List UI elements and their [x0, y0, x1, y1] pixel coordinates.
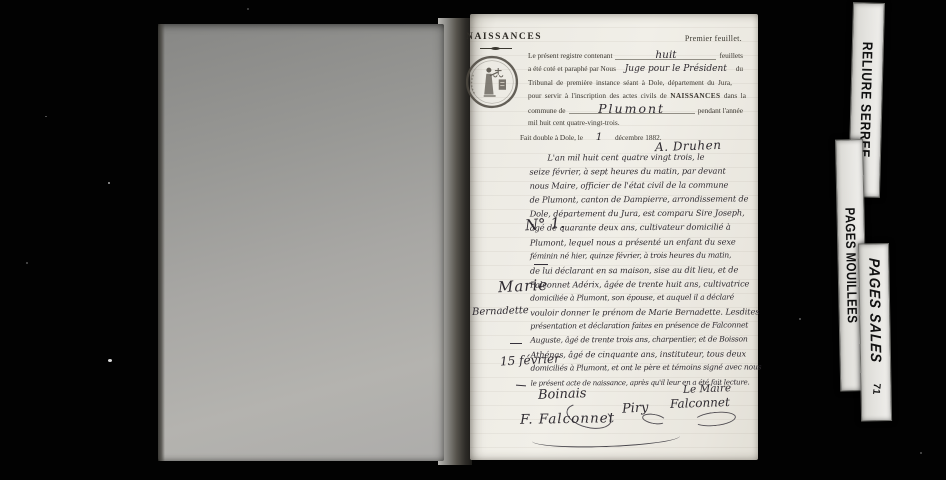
signature-mayor-title: Le Maire — [683, 382, 732, 396]
dust-speck — [108, 359, 112, 362]
form-line: mil huit cent quatre-vingt-trois. — [528, 118, 743, 131]
act-line: seize février, à sept heures du matin, p… — [529, 164, 755, 179]
condition-label: PAGES SALES — [865, 258, 884, 364]
dust-speck — [108, 182, 110, 184]
folio-label: Premier feuillet. — [685, 34, 742, 43]
birth-act-text: L'an mil huit cent quatre vingt trois, l… — [529, 149, 756, 390]
printed-text: mil huit cent quatre-vingt-trois. — [528, 118, 620, 127]
printed-text: Fait double à Dole, le — [520, 133, 583, 142]
official-stamp-icon — [464, 54, 520, 110]
left-page-blank — [158, 24, 444, 461]
dust-speck — [247, 8, 249, 10]
register-section-title: NAISSANCES — [466, 32, 542, 42]
printed-text: pour servir à l'inscription des actes ci… — [528, 91, 667, 100]
act-line: Auguste, âgé de trente trois ans, charpe… — [530, 333, 756, 348]
form-line: commune de Plumont pendant l'année — [528, 105, 743, 118]
form-line: Tribunal de première instance séant à Do… — [528, 78, 743, 91]
act-line: féminin né hier, quinze février, à trois… — [530, 248, 756, 263]
signature-mayor-name: Falconnet — [670, 395, 730, 411]
dust-speck — [799, 318, 801, 320]
decorative-rule — [480, 48, 512, 49]
condition-strip-pages-sales: PAGES SALES 71 — [858, 243, 892, 422]
printed-text: pendant l'année — [698, 106, 743, 115]
act-line: Plumont, lequel nous a présenté un enfan… — [530, 234, 756, 249]
dust-speck — [26, 262, 28, 264]
act-line: Dole, département du Jura, est comparu S… — [530, 206, 756, 221]
act-line: domiciliée à Plumont, son épouse, et auq… — [530, 290, 756, 305]
right-page-register: NAISSANCES Premier feuillet. Le présent … — [470, 14, 758, 460]
printed-text: dans la — [724, 91, 746, 100]
act-line: présentation et déclaration faites en pr… — [530, 319, 756, 334]
act-line: de lui déclarant en sa maison, sise au d… — [530, 262, 756, 277]
printed-text: Le présent registre contenant — [528, 51, 612, 60]
printed-text: feuillets — [719, 51, 743, 60]
act-line: domiciliés à Plumont, et ont le père et … — [530, 361, 756, 376]
act-line: Falconnet Adérix, âgée de trente huit an… — [530, 276, 756, 291]
printed-text: du — [736, 64, 743, 73]
printed-text: commune de — [528, 106, 566, 115]
act-line: de Plumont, canton de Dampierre, arrondi… — [530, 192, 756, 207]
register-opening-form: Le présent registre contenant huit feuil… — [528, 51, 743, 146]
act-line: vouloir donner le prénom de Marie Bernad… — [530, 304, 756, 319]
form-line: Le présent registre contenant huit feuil… — [528, 51, 743, 64]
handwritten-fill-day: 1 — [586, 133, 612, 141]
condition-note: 71 — [870, 382, 882, 394]
act-line: âgé de quarante deux ans, cultivateur do… — [530, 220, 756, 235]
act-line: L'an mil huit cent quatre vingt trois, l… — [529, 149, 755, 164]
dust-speck — [45, 116, 47, 117]
handwritten-fill-commune: Plumont — [569, 105, 695, 114]
signature-witness-1: Boinais — [538, 386, 587, 403]
printed-text: Tribunal de première instance séant à Do… — [528, 78, 732, 87]
printed-text: a été coté et paraphé par Nous — [528, 64, 616, 73]
act-line: Athénas, âgé de cinquante ans, institute… — [530, 347, 756, 362]
act-line: nous Maire, officier de l'état civil de … — [530, 178, 756, 193]
pen-dash — [510, 343, 522, 344]
form-line: a été coté et paraphé par Nous Juge pour… — [528, 64, 743, 77]
page-edge-shadow — [158, 24, 165, 461]
dust-speck — [920, 452, 922, 454]
handwritten-fill-sheets: huit — [615, 51, 716, 60]
printed-text-bold: NAISSANCES — [670, 91, 720, 100]
margin-name-line2: Bernadette — [472, 305, 529, 318]
microfilm-scan: NAISSANCES Premier feuillet. Le présent … — [0, 0, 946, 480]
handwritten-fill-judge: Juge pour le Président — [619, 65, 733, 73]
